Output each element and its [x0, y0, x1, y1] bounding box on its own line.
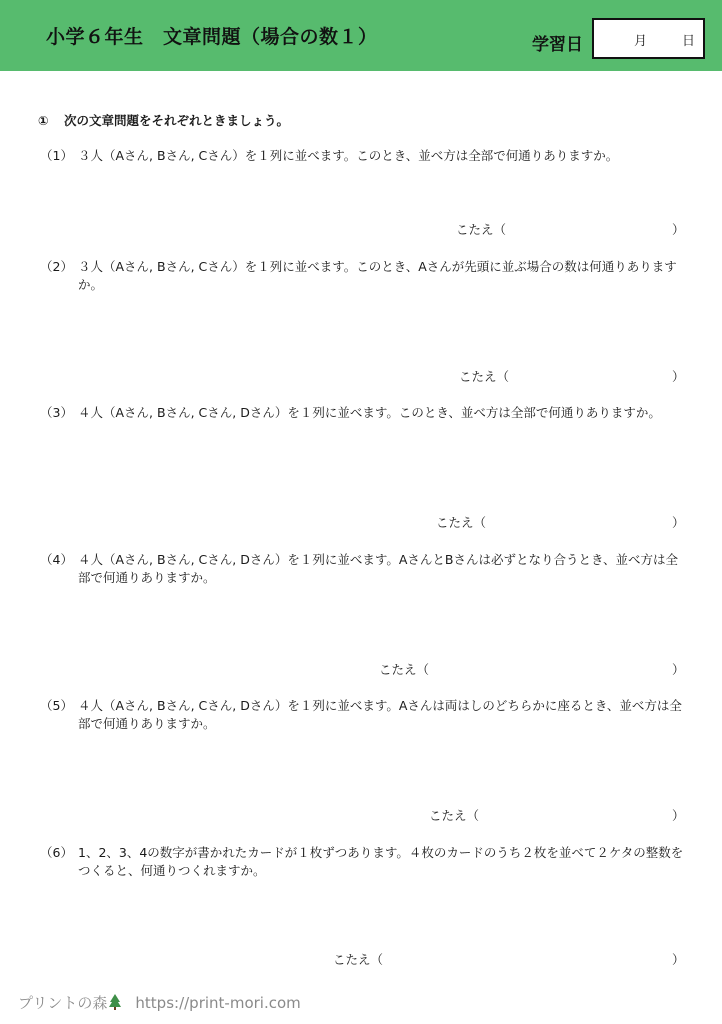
- answer-label: こたえ（: [456, 220, 506, 238]
- question-number: （2）: [40, 258, 73, 276]
- instruction-text: 次の文章問題をそれぞれときましょう。: [64, 113, 289, 128]
- answer-line-1[interactable]: こたえ（ ）: [0, 220, 722, 238]
- instruction-number: ①: [38, 113, 64, 128]
- answer-close-paren: ）: [672, 660, 685, 678]
- answer-line-4[interactable]: こたえ（ ）: [0, 660, 722, 678]
- answer-line-6[interactable]: こたえ（ ）: [0, 950, 722, 968]
- page-header: 小学６年生 文章問題（場合の数１） 学習日 月 日: [0, 0, 722, 71]
- question-number: （1）: [40, 147, 73, 165]
- question-1: （1） ３人（Aさん, Bさん, Cさん）を１列に並べます。このとき、並べ方は全…: [40, 147, 690, 165]
- answer-close-paren: ）: [672, 806, 685, 824]
- question-6: （6） 1、2、3、4の数字が書かれたカードが１枚ずつあります。４枚のカードのう…: [40, 844, 690, 880]
- page-title: 小学６年生 文章問題（場合の数１）: [46, 22, 378, 49]
- date-day-label: 日: [682, 30, 695, 49]
- study-date-box[interactable]: 月 日: [592, 18, 705, 59]
- question-4: （4） ４人（Aさん, Bさん, Cさん, Dさん）を１列に並べます。AさんとB…: [40, 551, 690, 587]
- answer-close-paren: ）: [672, 220, 685, 238]
- question-text: ３人（Aさん, Bさん, Cさん）を１列に並べます。このとき、並べ方は全部で何通…: [78, 147, 688, 165]
- answer-close-paren: ）: [672, 513, 685, 531]
- answer-label: こたえ（: [379, 660, 429, 678]
- answer-label: こたえ（: [333, 950, 383, 968]
- answer-line-3[interactable]: こたえ（ ）: [0, 513, 722, 531]
- question-number: （5）: [40, 697, 73, 715]
- study-date-label: 学習日: [532, 30, 583, 55]
- answer-line-2[interactable]: こたえ（ ）: [0, 367, 722, 385]
- question-2: （2） ３人（Aさん, Bさん, Cさん）を１列に並べます。このとき、Aさんが先…: [40, 258, 690, 294]
- answer-label: こたえ（: [459, 367, 509, 385]
- question-text: ４人（Aさん, Bさん, Cさん, Dさん）を１列に並べます。Aさんは両はしのど…: [78, 697, 688, 733]
- question-number: （4）: [40, 551, 73, 569]
- question-number: （3）: [40, 404, 73, 422]
- footer-url[interactable]: https://print-mori.com: [135, 994, 300, 1012]
- answer-label: こたえ（: [429, 806, 479, 824]
- question-number: （6）: [40, 844, 73, 862]
- question-text: ４人（Aさん, Bさん, Cさん, Dさん）を１列に並べます。このとき、並べ方は…: [78, 404, 688, 422]
- footer: プリントの森https://print-mori.com: [18, 992, 301, 1014]
- footer-brand: プリントの森: [18, 994, 107, 1012]
- date-month-label: 月: [634, 30, 647, 49]
- answer-close-paren: ）: [672, 950, 685, 968]
- question-3: （3） ４人（Aさん, Bさん, Cさん, Dさん）を１列に並べます。このとき、…: [40, 404, 690, 422]
- question-text: ３人（Aさん, Bさん, Cさん）を１列に並べます。このとき、Aさんが先頭に並ぶ…: [78, 258, 688, 294]
- question-text: ４人（Aさん, Bさん, Cさん, Dさん）を１列に並べます。AさんとBさんは必…: [78, 551, 688, 587]
- answer-label: こたえ（: [436, 513, 486, 531]
- question-text: 1、2、3、4の数字が書かれたカードが１枚ずつあります。４枚のカードのうち２枚を…: [78, 844, 688, 880]
- question-5: （5） ４人（Aさん, Bさん, Cさん, Dさん）を１列に並べます。Aさんは両…: [40, 697, 690, 733]
- instruction: ①次の文章問題をそれぞれときましょう。: [38, 111, 289, 129]
- tree-icon: [109, 994, 121, 1014]
- answer-line-5[interactable]: こたえ（ ）: [0, 806, 722, 824]
- answer-close-paren: ）: [672, 367, 685, 385]
